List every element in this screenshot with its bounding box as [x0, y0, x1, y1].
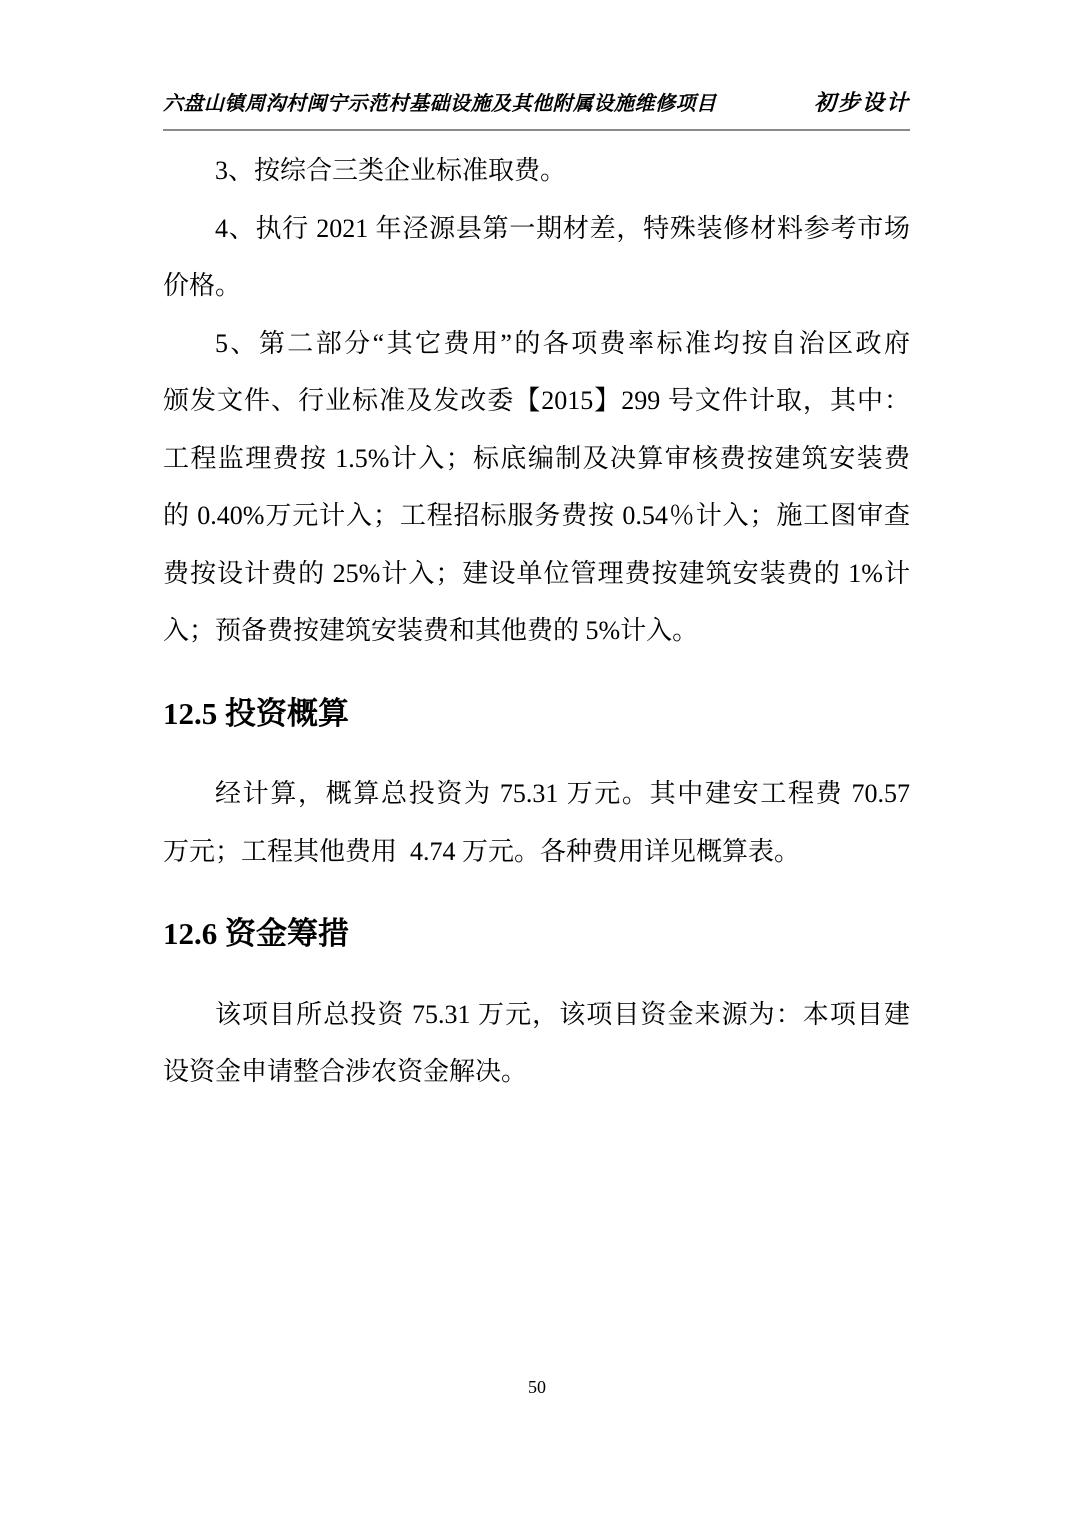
paragraph: 4、执行 2021 年泾源县第一期材差，特殊装修材料参考市场价格。	[163, 200, 910, 315]
header-rule-divider	[163, 129, 910, 131]
section-heading: 12.6 资金筹措	[163, 905, 910, 963]
paragraph-line: 入；预备费按建筑安装费和其他费的 5%计入。	[163, 602, 910, 660]
paragraph-line: 经计算，概算总投资为 75.31 万元。其中建安工程费 70.57	[163, 765, 910, 823]
page-footer: 50	[0, 1377, 1074, 1398]
section-heading: 12.5 投资概算	[163, 685, 910, 743]
paragraph-line: 5、第二部分“其它费用”的各项费率标准均按自治区政府	[163, 315, 910, 373]
paragraph-line: 价格。	[163, 257, 910, 315]
paragraph-line: 4、执行 2021 年泾源县第一期材差，特殊装修材料参考市场	[163, 200, 910, 258]
header-doc-type: 初步设计	[814, 86, 910, 117]
document-page: 六盘山镇周沟村闽宁示范村基础设施及其他附属设施维修项目 初步设计 3、按综合三类…	[0, 0, 1074, 1520]
paragraph-line: 的 0.40%万元计入；工程招标服务费按 0.54％计入；施工图审查	[163, 487, 910, 545]
paragraph: 经计算，概算总投资为 75.31 万元。其中建安工程费 70.57万元；工程其他…	[163, 765, 910, 880]
paragraph: 5、第二部分“其它费用”的各项费率标准均按自治区政府颁发文件、行业标准及发改委【…	[163, 315, 910, 660]
paragraph-line: 该项目所总投资 75.31 万元，该项目资金来源为：本项目建	[163, 986, 910, 1044]
header-project-title: 六盘山镇周沟村闽宁示范村基础设施及其他附属设施维修项目	[163, 87, 717, 116]
paragraph: 3、按综合三类企业标准取费。	[163, 142, 910, 200]
document-body: 3、按综合三类企业标准取费。4、执行 2021 年泾源县第一期材差，特殊装修材料…	[163, 142, 910, 1101]
paragraph: 该项目所总投资 75.31 万元，该项目资金来源为：本项目建设资金申请整合涉农资…	[163, 986, 910, 1101]
page-header: 六盘山镇周沟村闽宁示范村基础设施及其他附属设施维修项目 初步设计	[163, 86, 910, 117]
paragraph-line: 3、按综合三类企业标准取费。	[163, 142, 910, 200]
paragraph-line: 工程监理费按 1.5%计入；标底编制及决算审核费按建筑安装费	[163, 430, 910, 488]
paragraph-line: 颁发文件、行业标准及发改委【2015】299 号文件计取，其中：	[163, 372, 910, 430]
paragraph-line: 设资金申请整合涉农资金解决。	[163, 1043, 910, 1101]
paragraph-line: 万元；工程其他费用 4.74 万元。各种费用详见概算表。	[163, 823, 910, 881]
page-number: 50	[528, 1377, 546, 1397]
paragraph-line: 费按设计费的 25%计入；建设单位管理费按建筑安装费的 1%计	[163, 545, 910, 603]
